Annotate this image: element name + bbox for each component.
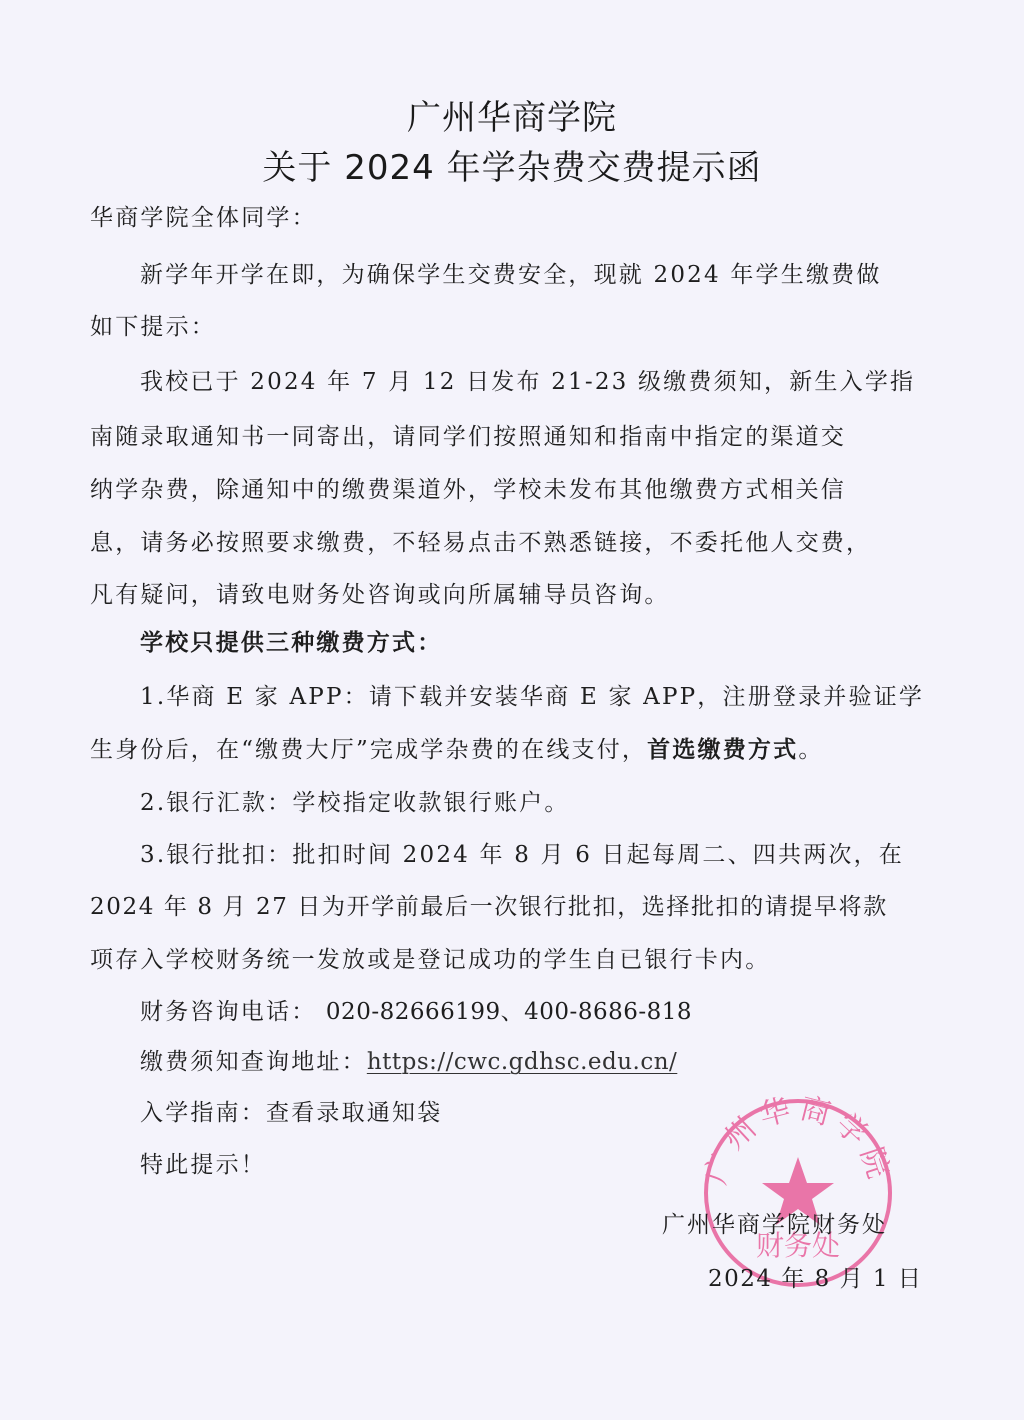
title-institution: 广州华商学院 bbox=[0, 90, 1024, 139]
method3-line-3: 项存入学校财务统一发放或是登记成功的学生自已银行卡内。 bbox=[90, 945, 770, 975]
notice-url-link[interactable]: https://cwc.gdhsc.edu.cn/ bbox=[367, 1049, 678, 1075]
method1-line-2: 生身份后，在“缴费大厅”完成学杂费的在线支付，首选缴费方式。 bbox=[90, 735, 824, 765]
signature-date: 2024 年 8 月 1 日 bbox=[708, 1260, 922, 1293]
phone-label: 财务咨询电话： bbox=[140, 999, 316, 1025]
preferred-method-emphasis: 首选缴费方式 bbox=[647, 736, 798, 763]
title-subject: 关于 2024 年学杂费交费提示函 bbox=[0, 140, 1024, 189]
intro-line-1: 新学年开学在即，为确保学生交费安全，现就 2024 年学生缴费做 bbox=[140, 260, 882, 290]
paragraph1-line-4: 息，请务必按照要求缴费，不轻易点击不熟悉链接，不委托他人交费， bbox=[90, 528, 871, 558]
method1-line-1: 1.华商 E 家 APP：请下载并安装华商 E 家 APP，注册登录并验证学 bbox=[140, 682, 924, 712]
intro-line-2: 如下提示： bbox=[90, 312, 216, 342]
guide-value: 查看录取通知袋 bbox=[266, 1100, 442, 1126]
salutation: 华商学院全体同学： bbox=[90, 203, 317, 233]
signature-department: 广州华商学院财务处 bbox=[662, 1206, 887, 1239]
phone-value: 020-82666199、400-8686-818 bbox=[326, 999, 692, 1025]
url-row: 缴费须知查询地址：https://cwc.gdhsc.edu.cn/ bbox=[140, 1047, 677, 1077]
method3-line-2: 2024 年 8 月 27 日为开学前最后一次银行批扣，选择批扣的请提早将款 bbox=[90, 892, 888, 922]
url-label: 缴费须知查询地址： bbox=[140, 1049, 367, 1075]
method1-line-2-text: 生身份后，在“缴费大厅”完成学杂费的在线支付， bbox=[90, 737, 647, 763]
phone-row: 财务咨询电话： 020-82666199、400-8686-818 bbox=[140, 997, 692, 1027]
paragraph1-line-1: 我校已于 2024 年 7 月 12 日发布 21-23 级缴费须知，新生入学指 bbox=[140, 367, 915, 397]
method3-line-1: 3.银行批扣：批扣时间 2024 年 8 月 6 日起每周二、四共两次，在 bbox=[140, 840, 904, 870]
paragraph1-line-5: 凡有疑问，请致电财务处咨询或向所属辅导员咨询。 bbox=[90, 580, 670, 610]
method2-line: 2.银行汇款：学校指定收款银行账户。 bbox=[140, 788, 570, 818]
closing: 特此提示！ bbox=[140, 1150, 266, 1180]
guide-row: 入学指南：查看录取通知袋 bbox=[140, 1098, 442, 1128]
method1-line-2-end: 。 bbox=[798, 737, 823, 763]
guide-label: 入学指南： bbox=[140, 1100, 266, 1126]
paragraph1-line-2: 南随录取通知书一同寄出，请同学们按照通知和指南中指定的渠道交 bbox=[90, 422, 846, 452]
document-page: 广州华商学院 关于 2024 年学杂费交费提示函 华商学院全体同学： 新学年开学… bbox=[0, 0, 1024, 1420]
methods-heading: 学校只提供三种缴费方式： bbox=[140, 628, 442, 658]
paragraph1-line-3: 纳学杂费，除通知中的缴费渠道外，学校未发布其他缴费方式相关信 bbox=[90, 475, 846, 505]
